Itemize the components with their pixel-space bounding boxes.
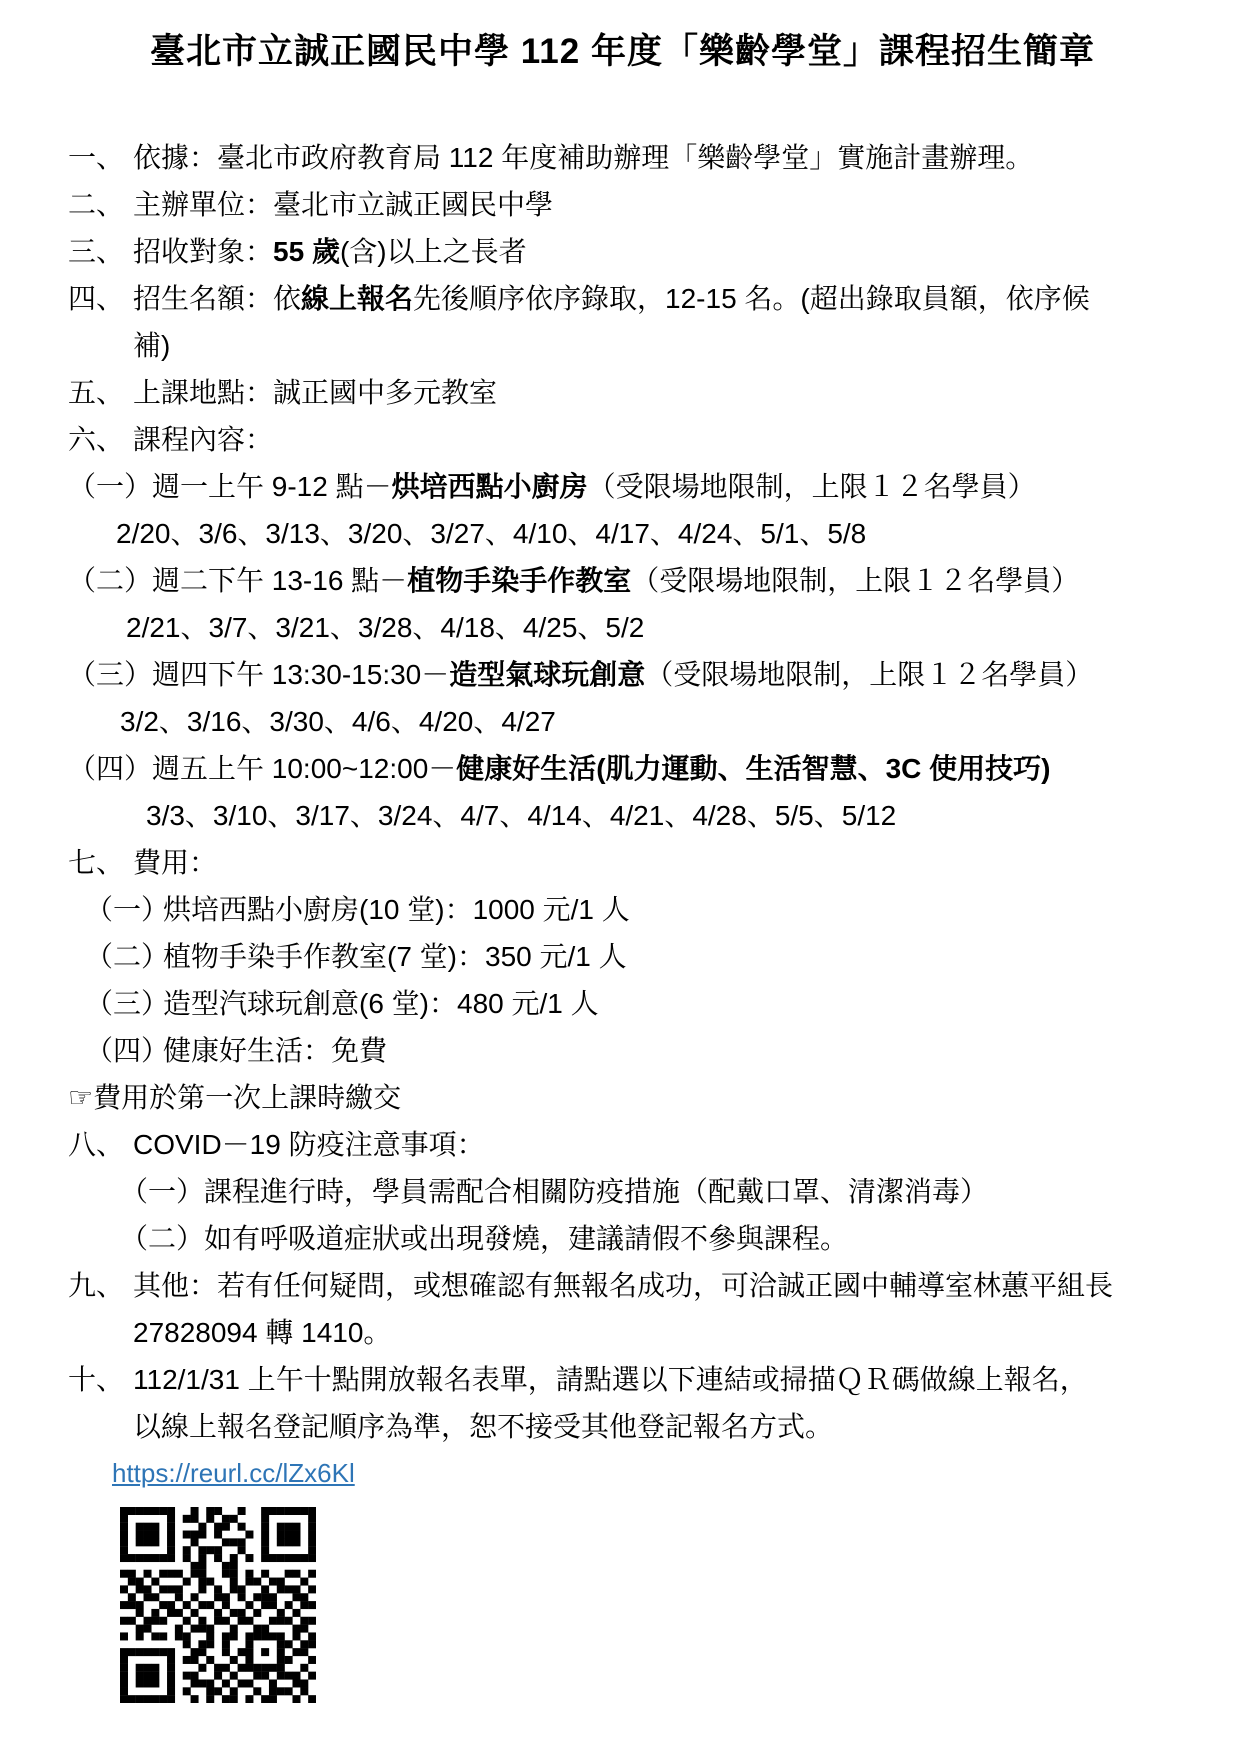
line-text: 補) bbox=[133, 322, 170, 369]
text-segment: 上課地點：誠正國中多元教室 bbox=[133, 377, 497, 408]
text-segment: （二）如有呼吸道症狀或出現發燒，建議請假不參與課程。 bbox=[120, 1223, 848, 1254]
document-page: 臺北市立誠正國民中學 112 年度「樂齡學堂」課程招生簡章 一、依據：臺北市政府… bbox=[0, 0, 1241, 1755]
text-segment: 2/20、3/6、3/13、3/20、3/27、4/10、4/17、4/24、5… bbox=[116, 518, 866, 549]
text-segment: 27828094 轉 1410。 bbox=[133, 1317, 391, 1348]
text-segment: （一）課程進行時，學員需配合相關防疫措施（配戴口罩、清潔消毒） bbox=[120, 1176, 988, 1207]
line-text: 上課地點：誠正國中多元教室 bbox=[133, 369, 497, 416]
text-segment: 造型汽球玩創意(6 堂)：480 元/1 人 bbox=[163, 988, 599, 1019]
line-text: 2/21、3/7、3/21、3/28、4/18、4/25、5/2 bbox=[126, 604, 644, 651]
item-number: 四、 bbox=[68, 275, 133, 322]
line-text: 課程內容： bbox=[133, 416, 273, 463]
document-line: （二）植物手染手作教室(7 堂)：350 元/1 人 bbox=[68, 933, 1177, 980]
line-text: 依據：臺北市政府教育局 112 年度補助辦理「樂齡學堂」實施計畫辦理。 bbox=[133, 134, 1033, 181]
document-line: 2/21、3/7、3/21、3/28、4/18、4/25、5/2 bbox=[68, 604, 1177, 651]
document-line: ☞費用於第一次上課時繳交 bbox=[68, 1074, 1177, 1121]
document-line: （一）週一上午 9-12 點－烘培西點小廚房（受限場地限制，上限１２名學員） bbox=[68, 463, 1177, 510]
text-segment: （四）週五上午 10:00~12:00－ bbox=[68, 753, 456, 784]
document-line: 九、其他：若有任何疑問，或想確認有無報名成功，可洽誠正國中輔導室林蕙平組長 bbox=[68, 1262, 1177, 1309]
text-segment: 3/2、3/16、3/30、4/6、4/20、4/27 bbox=[120, 706, 556, 737]
item-number: 七、 bbox=[68, 839, 133, 886]
document-line: 六、課程內容： bbox=[68, 416, 1177, 463]
text-segment: COVID－19 防疫注意事項： bbox=[133, 1129, 485, 1160]
document-line: （四）健康好生活：免費 bbox=[68, 1027, 1177, 1074]
line-text: （二）如有呼吸道症狀或出現發燒，建議請假不參與課程。 bbox=[120, 1215, 848, 1262]
document-line: （三）週四下午 13:30-15:30－造型氣球玩創意（受限場地限制，上限１２名… bbox=[68, 651, 1177, 698]
document-line: 三、招收對象：55 歲(含)以上之長者 bbox=[68, 228, 1177, 275]
text-segment: （受限場地限制，上限１２名學員） bbox=[631, 565, 1079, 596]
document-line: 八、COVID－19 防疫注意事項： bbox=[68, 1121, 1177, 1168]
text-segment: (含)以上之長者 bbox=[340, 236, 527, 267]
document-line: 七、費用： bbox=[68, 839, 1177, 886]
line-text: （一）週一上午 9-12 點－烘培西點小廚房（受限場地限制，上限１２名學員） bbox=[68, 463, 1036, 510]
item-number: 三、 bbox=[68, 228, 133, 275]
registration-link[interactable]: https://reurl.cc/lZx6Kl bbox=[112, 1450, 355, 1497]
document-line: 一、依據：臺北市政府教育局 112 年度補助辦理「樂齡學堂」實施計畫辦理。 bbox=[68, 134, 1177, 181]
page-title: 臺北市立誠正國民中學 112 年度「樂齡學堂」課程招生簡章 bbox=[68, 26, 1177, 78]
line-text: ☞費用於第一次上課時繳交 bbox=[68, 1074, 401, 1121]
document-line: https://reurl.cc/lZx6Kl bbox=[68, 1450, 1177, 1497]
line-text: 烘培西點小廚房(10 堂)：1000 元/1 人 bbox=[163, 886, 630, 933]
line-text: 2/20、3/6、3/13、3/20、3/27、4/10、4/17、4/24、5… bbox=[116, 510, 866, 557]
text-segment: （受限場地限制，上限１２名學員） bbox=[645, 659, 1093, 690]
text-segment: 課程內容： bbox=[133, 424, 273, 455]
item-number: 十、 bbox=[68, 1356, 133, 1403]
line-text: 費用： bbox=[133, 839, 217, 886]
text-segment: 3/3、3/10、3/17、3/24、4/7、4/14、4/21、4/28、5/… bbox=[146, 800, 896, 831]
line-text: 27828094 轉 1410。 bbox=[133, 1309, 391, 1356]
document-line: 27828094 轉 1410。 bbox=[68, 1309, 1177, 1356]
line-text: 招收對象：55 歲(含)以上之長者 bbox=[133, 228, 527, 275]
text-segment: 植物手染手作教室(7 堂)：350 元/1 人 bbox=[163, 941, 627, 972]
text-segment: 費用： bbox=[133, 847, 217, 878]
line-text: （三）週四下午 13:30-15:30－造型氣球玩創意（受限場地限制，上限１２名… bbox=[68, 651, 1093, 698]
document-line: 二、主辦單位：臺北市立誠正國民中學 bbox=[68, 181, 1177, 228]
sub-item-number: （一） bbox=[85, 886, 163, 933]
document-line: （二）如有呼吸道症狀或出現發燒，建議請假不參與課程。 bbox=[68, 1215, 1177, 1262]
document-line: 五、上課地點：誠正國中多元教室 bbox=[68, 369, 1177, 416]
document-line: 2/20、3/6、3/13、3/20、3/27、4/10、4/17、4/24、5… bbox=[68, 510, 1177, 557]
sub-item-number: （二） bbox=[85, 933, 163, 980]
line-text: 健康好生活：免費 bbox=[163, 1027, 387, 1074]
document-line: 十、112/1/31 上午十點開放報名表單，請點選以下連結或掃描ＱＲ碼做線上報名… bbox=[68, 1356, 1177, 1403]
line-text: 其他：若有任何疑問，或想確認有無報名成功，可洽誠正國中輔導室林蕙平組長 bbox=[133, 1262, 1113, 1309]
text-segment: 招生名額：依 bbox=[133, 283, 301, 314]
text-segment: 其他：若有任何疑問，或想確認有無報名成功，可洽誠正國中輔導室林蕙平組長 bbox=[133, 1270, 1113, 1301]
item-number: 六、 bbox=[68, 416, 133, 463]
line-text: 3/3、3/10、3/17、3/24、4/7、4/14、4/21、4/28、5/… bbox=[146, 792, 896, 839]
document-line: 3/3、3/10、3/17、3/24、4/7、4/14、4/21、4/28、5/… bbox=[68, 792, 1177, 839]
line-text: （一）課程進行時，學員需配合相關防疫措施（配戴口罩、清潔消毒） bbox=[120, 1168, 988, 1215]
item-number: 五、 bbox=[68, 369, 133, 416]
line-text: 3/2、3/16、3/30、4/6、4/20、4/27 bbox=[120, 698, 556, 745]
line-text: 以線上報名登記順序為準，恕不接受其他登記報名方式。 bbox=[133, 1403, 833, 1450]
line-text: （二）週二下午 13-16 點－植物手染手作教室（受限場地限制，上限１２名學員） bbox=[68, 557, 1079, 604]
text-segment: 健康好生活：免費 bbox=[163, 1035, 387, 1066]
emphasized-text: 線上報名 bbox=[301, 283, 413, 314]
sub-item-number: （四） bbox=[85, 1027, 163, 1074]
qr-code-image bbox=[120, 1507, 316, 1703]
item-number: 二、 bbox=[68, 181, 133, 228]
line-text: 造型汽球玩創意(6 堂)：480 元/1 人 bbox=[163, 980, 599, 1027]
emphasized-text: 55 歲 bbox=[273, 236, 340, 267]
document-line: 四、招生名額：依線上報名先後順序依序錄取，12-15 名。(超出錄取員額，依序候 bbox=[68, 275, 1177, 322]
line-text: （四）週五上午 10:00~12:00－健康好生活(肌力運動、生活智慧、3C 使… bbox=[68, 745, 1051, 792]
emphasized-text: 烘培西點小廚房 bbox=[392, 471, 588, 502]
document-line: （三）造型汽球玩創意(6 堂)：480 元/1 人 bbox=[68, 980, 1177, 1027]
text-segment: 招收對象： bbox=[133, 236, 273, 267]
text-segment: （受限場地限制，上限１２名學員） bbox=[588, 471, 1036, 502]
document-body: 一、依據：臺北市政府教育局 112 年度補助辦理「樂齡學堂」實施計畫辦理。二、主… bbox=[68, 134, 1177, 1497]
text-segment: （三）週四下午 13:30-15:30－ bbox=[68, 659, 449, 690]
line-text: 招生名額：依線上報名先後順序依序錄取，12-15 名。(超出錄取員額，依序候 bbox=[133, 275, 1090, 322]
emphasized-text: 造型氣球玩創意 bbox=[449, 659, 645, 690]
document-line: 3/2、3/16、3/30、4/6、4/20、4/27 bbox=[68, 698, 1177, 745]
text-segment: 2/21、3/7、3/21、3/28、4/18、4/25、5/2 bbox=[126, 612, 644, 643]
document-line: （一）課程進行時，學員需配合相關防疫措施（配戴口罩、清潔消毒） bbox=[68, 1168, 1177, 1215]
text-segment: 依據：臺北市政府教育局 112 年度補助辦理「樂齡學堂」實施計畫辦理。 bbox=[133, 142, 1033, 173]
text-segment: 先後順序依序錄取，12-15 名。(超出錄取員額，依序候 bbox=[413, 283, 1090, 314]
document-line: 補) bbox=[68, 322, 1177, 369]
line-text: 112/1/31 上午十點開放報名表單，請點選以下連結或掃描ＱＲ碼做線上報名， bbox=[133, 1356, 1088, 1403]
document-line: （二）週二下午 13-16 點－植物手染手作教室（受限場地限制，上限１２名學員） bbox=[68, 557, 1177, 604]
text-segment: 主辦單位：臺北市立誠正國民中學 bbox=[133, 189, 553, 220]
line-text: 主辦單位：臺北市立誠正國民中學 bbox=[133, 181, 553, 228]
item-number: 八、 bbox=[68, 1121, 133, 1168]
text-segment: 補) bbox=[133, 330, 170, 361]
document-line: （一）烘培西點小廚房(10 堂)：1000 元/1 人 bbox=[68, 886, 1177, 933]
document-line: （四）週五上午 10:00~12:00－健康好生活(肌力運動、生活智慧、3C 使… bbox=[68, 745, 1177, 792]
line-text: 植物手染手作教室(7 堂)：350 元/1 人 bbox=[163, 933, 627, 980]
text-segment: 烘培西點小廚房(10 堂)：1000 元/1 人 bbox=[163, 894, 630, 925]
line-text: COVID－19 防疫注意事項： bbox=[133, 1121, 485, 1168]
text-segment: （二）週二下午 13-16 點－ bbox=[68, 565, 407, 596]
text-segment: 以線上報名登記順序為準，恕不接受其他登記報名方式。 bbox=[133, 1411, 833, 1442]
sub-item-number: （三） bbox=[85, 980, 163, 1027]
text-segment: ☞費用於第一次上課時繳交 bbox=[68, 1082, 401, 1113]
text-segment: 112/1/31 上午十點開放報名表單，請點選以下連結或掃描ＱＲ碼做線上報名， bbox=[133, 1364, 1088, 1395]
item-number: 一、 bbox=[68, 134, 133, 181]
qr-code bbox=[120, 1507, 316, 1703]
emphasized-text: 健康好生活(肌力運動、生活智慧、3C 使用技巧) bbox=[456, 753, 1050, 784]
emphasized-text: 植物手染手作教室 bbox=[407, 565, 631, 596]
item-number: 九、 bbox=[68, 1262, 133, 1309]
text-segment: （一）週一上午 9-12 點－ bbox=[68, 471, 392, 502]
document-line: 以線上報名登記順序為準，恕不接受其他登記報名方式。 bbox=[68, 1403, 1177, 1450]
text-segment: https://reurl.cc/lZx6Kl bbox=[112, 1458, 355, 1488]
